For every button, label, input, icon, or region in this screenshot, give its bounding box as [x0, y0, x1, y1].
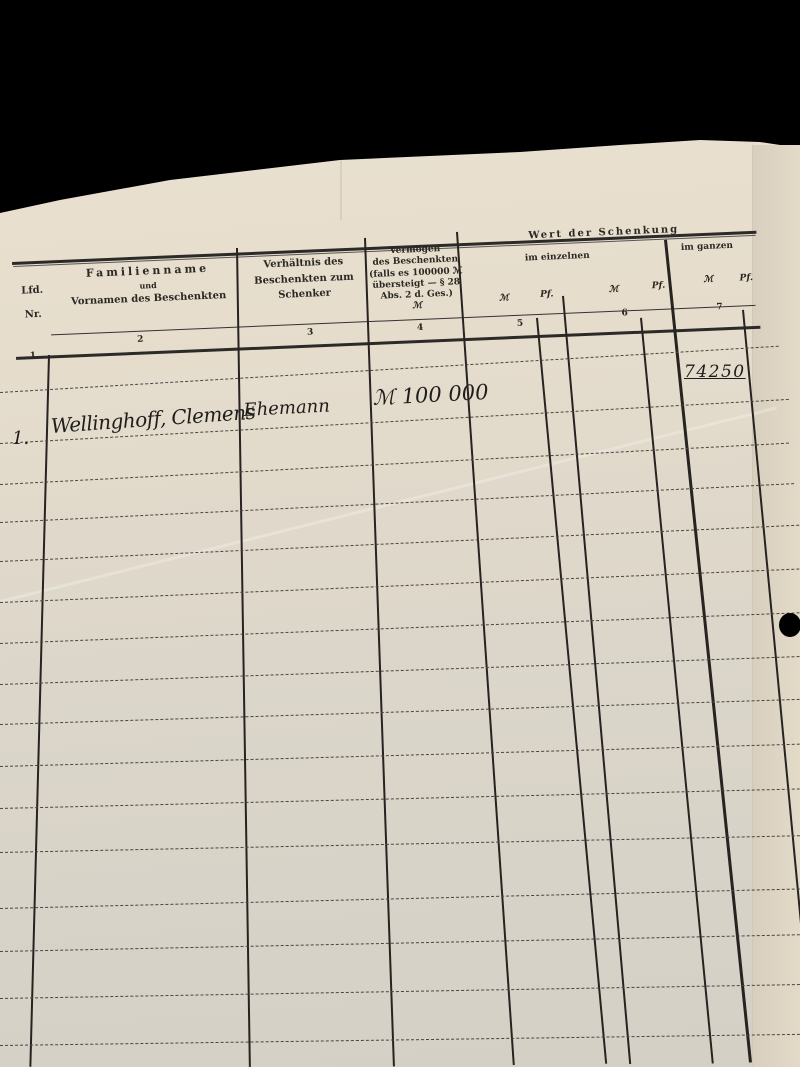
entry-recipient-name: Wellinghoff, Clemens: [50, 400, 256, 438]
unit-mark: ℳ: [589, 284, 639, 296]
row-line: [0, 888, 800, 909]
row-line: [0, 835, 800, 853]
entry-total-value: 74250: [684, 362, 746, 382]
header-total: im ganzen: [662, 239, 753, 257]
form-table: Lfd. Nr. Familienname und Vornamen des B…: [0, 0, 800, 1067]
unit-mark: ℳ: [484, 293, 524, 305]
row-line: [0, 788, 800, 809]
entry-relationship: Ehemann: [243, 395, 330, 420]
column-divider: [236, 248, 251, 1067]
row-line: [0, 1034, 800, 1046]
row-line: [0, 525, 799, 562]
row-line: [0, 934, 800, 952]
column-number: 4: [405, 322, 435, 333]
table-header: Lfd. Nr. Familienname und Vornamen des B…: [12, 231, 761, 367]
entry-row-number: 1.: [12, 428, 29, 449]
column-number: 2: [125, 334, 155, 345]
row-line: [0, 984, 800, 999]
column-number: 7: [704, 302, 734, 313]
unit-mark: ℳ: [688, 274, 728, 286]
header-relationship: Verhältnis des Beschenkten zum Schenker: [238, 253, 370, 305]
column-divider: [29, 355, 50, 1067]
entry-assets: ℳ 100 000: [372, 380, 489, 410]
unit-pf: Pf.: [532, 289, 562, 300]
column-number: 6: [609, 308, 639, 319]
column-divider: [640, 318, 713, 1064]
column-number: 5: [505, 318, 535, 329]
row-line: [0, 656, 800, 685]
row-line: [0, 568, 799, 602]
punch-hole: [779, 613, 800, 637]
column-number: 3: [295, 327, 325, 338]
header-individual: im einzelnen: [472, 248, 642, 269]
row-line: [0, 483, 794, 523]
header-family-name: Familienname und Vornamen des Beschenkte…: [52, 258, 244, 311]
header-text: Lfd.: [15, 282, 50, 299]
header-lfd-nr: Lfd. Nr.: [15, 282, 51, 322]
header-text: Nr.: [16, 306, 51, 323]
column-number: 1: [18, 351, 48, 362]
unit-pf: Pf.: [731, 273, 761, 284]
header-assets: Vermögen des Beschenkten (falls es 10000…: [367, 243, 466, 314]
row-line: [0, 744, 800, 767]
row-line: [0, 443, 789, 485]
row-line: [0, 612, 799, 644]
column-divider: [742, 310, 800, 1064]
